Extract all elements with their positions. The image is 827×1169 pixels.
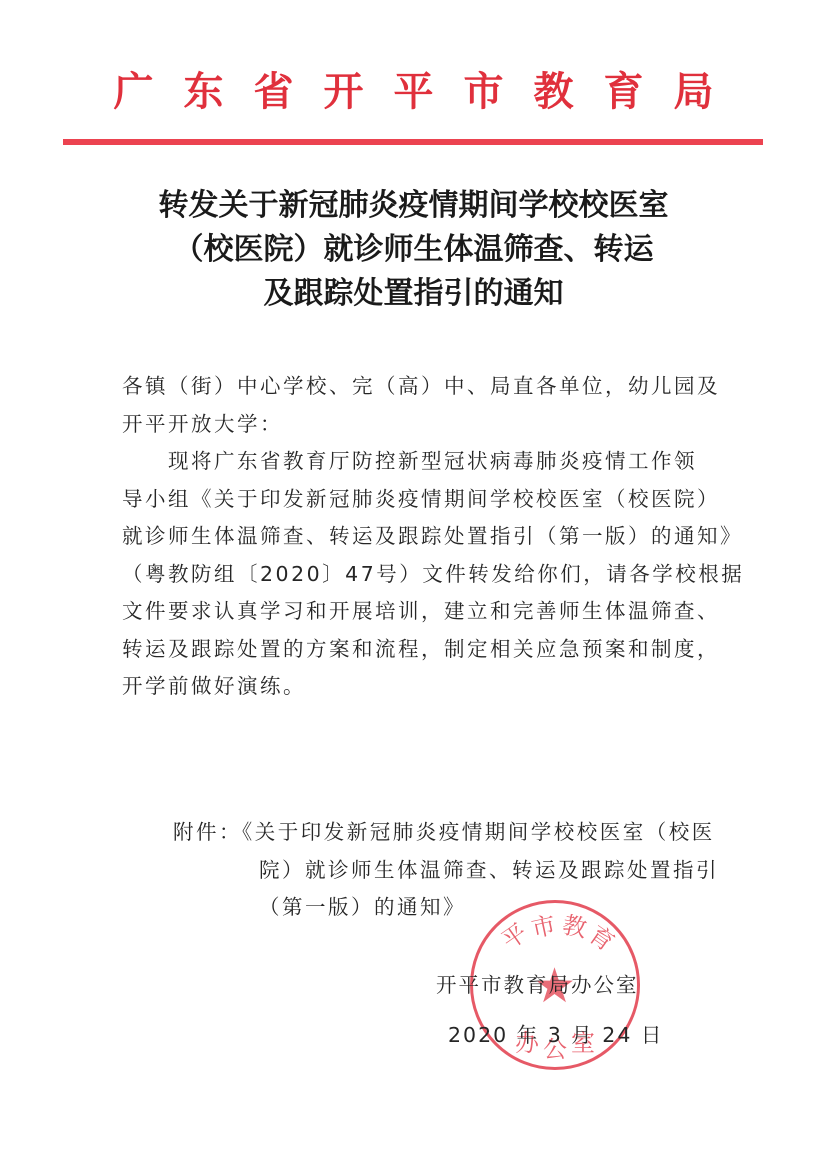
stamp-char: 市: [528, 905, 559, 944]
paragraph-line: 文件要求认真学习和开展培训，建立和完善师生体温筛查、: [122, 593, 712, 631]
paragraph-line: 就诊师生体温筛查、转运及跟踪处置指引（第一版）的通知》: [122, 518, 712, 556]
attachment: 附件：《关于印发新冠肺炎疫情期间学校校医室（校医 院）就诊师生体温筛查、转运及跟…: [173, 814, 719, 927]
body-paragraph: 现将广东省教育厅防控新型冠状病毒肺炎疫情工作领 导小组《关于印发新冠肺炎疫情期间…: [122, 443, 712, 706]
masthead-title: 广东省开平市教育局: [0, 62, 827, 122]
document-title-line: （校医院）就诊师生体温筛查、转运: [0, 228, 827, 272]
salutation-line: 开平开放大学：: [122, 406, 712, 444]
paragraph-line: 转运及跟踪处置的方案和流程，制定相关应急预案和制度，: [122, 631, 712, 669]
document-title-line: 及跟踪处置指引的通知: [0, 272, 827, 316]
signature-block: 开平市教育局办公室 2020 年 3 月 24 日: [436, 960, 663, 1060]
attachment-line: 院）就诊师生体温筛查、转运及跟踪处置指引: [173, 852, 719, 890]
attachment-label: 附件：: [173, 820, 242, 844]
paragraph-line: （粤教防组〔2020〕47号）文件转发给你们，请各学校根据: [122, 556, 712, 594]
issuer-name: 开平市教育局办公室: [436, 960, 663, 1010]
paragraph-line: 开学前做好演练。: [122, 668, 712, 706]
stamp-char: 平: [493, 913, 533, 955]
salutation: 各镇（街）中心学校、完（高）中、局直各单位，幼儿园及 开平开放大学：: [122, 368, 712, 443]
paragraph-line: 导小组《关于印发新冠肺炎疫情期间学校校医室（校医院）: [122, 481, 712, 519]
paragraph-line: 现将广东省教育厅防控新型冠状病毒肺炎疫情工作领: [122, 443, 712, 481]
masthead-red-rule: [63, 139, 763, 145]
attachment-line: 附件：《关于印发新冠肺炎疫情期间学校校医室（校医: [173, 814, 719, 852]
salutation-line: 各镇（街）中心学校、完（高）中、局直各单位，幼儿园及: [122, 368, 712, 406]
document-title: 转发关于新冠肺炎疫情期间学校校医室 （校医院）就诊师生体温筛查、转运 及跟踪处置…: [0, 184, 827, 316]
attachment-title: 《关于印发新冠肺炎疫情期间学校校医室（校医: [242, 820, 715, 844]
attachment-line: （第一版）的通知》: [173, 889, 719, 927]
issue-date: 2020 年 3 月 24 日: [436, 1010, 663, 1060]
document-title-line: 转发关于新冠肺炎疫情期间学校校医室: [0, 184, 827, 228]
